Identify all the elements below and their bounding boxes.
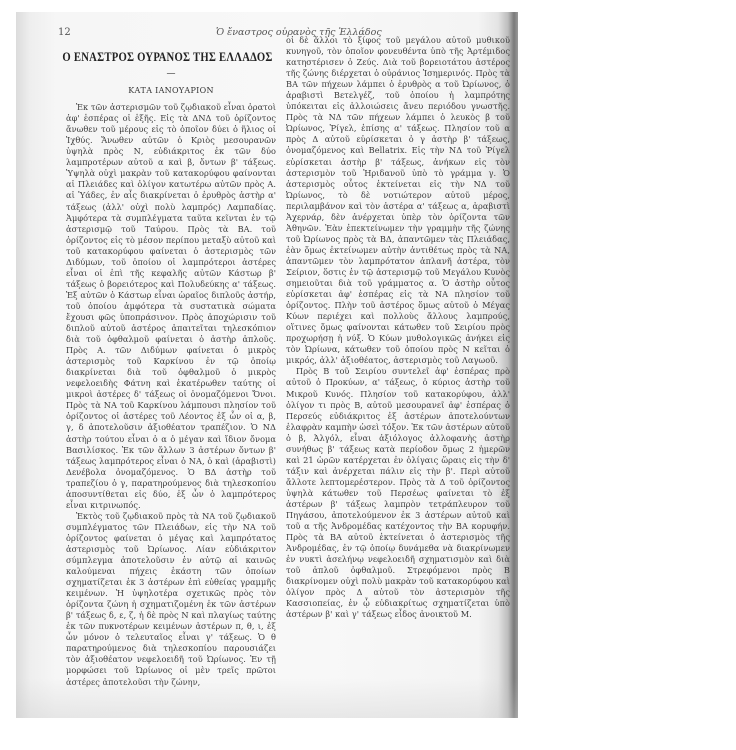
title-separator: — xyxy=(66,69,276,79)
paragraph: Ἐκ τῶν ἀστερισμῶν τοῦ ζῳδιακοῦ εἶναι ὁρα… xyxy=(66,102,276,511)
paragraph: Ἐκτὸς τοῦ ζῳδιακοῦ πρὸς τὰ ΝΑ τοῦ ζῳδιακ… xyxy=(66,511,276,688)
article-subtitle: ΚΑΤΑ ΙΑΝΟΥΑΡΙΟΝ xyxy=(66,85,276,96)
right-column: οἱ δὲ ἄλλοι τὸ ξίφος τοῦ μεγάλου αὐτοῦ μ… xyxy=(286,35,510,620)
scanned-page: 12 Ὁ ἔναστρος οὐρανὸς τῆς Ἑλλάδος Ο ΕΝΑΣ… xyxy=(16,12,518,718)
article-title: Ο ΕΝΑΣΤΡΟΣ ΟΥΡΑΝΟΣ ΤΗΣ ΕΛΛΑΔΟΣ xyxy=(60,52,275,63)
paragraph: οἱ δὲ ἄλλοι τὸ ξίφος τοῦ μεγάλου αὐτοῦ μ… xyxy=(286,35,510,366)
left-column: Ο ΕΝΑΣΤΡΟΣ ΟΥΡΑΝΟΣ ΤΗΣ ΕΛΛΑΔΟΣ — ΚΑΤΑ ΙΑ… xyxy=(66,48,276,688)
page-number: 12 xyxy=(58,27,71,38)
paragraph: Πρὸς Β τοῦ Σειρίου συντελεῖ ἀφ' ἑσπέρας … xyxy=(286,366,510,620)
